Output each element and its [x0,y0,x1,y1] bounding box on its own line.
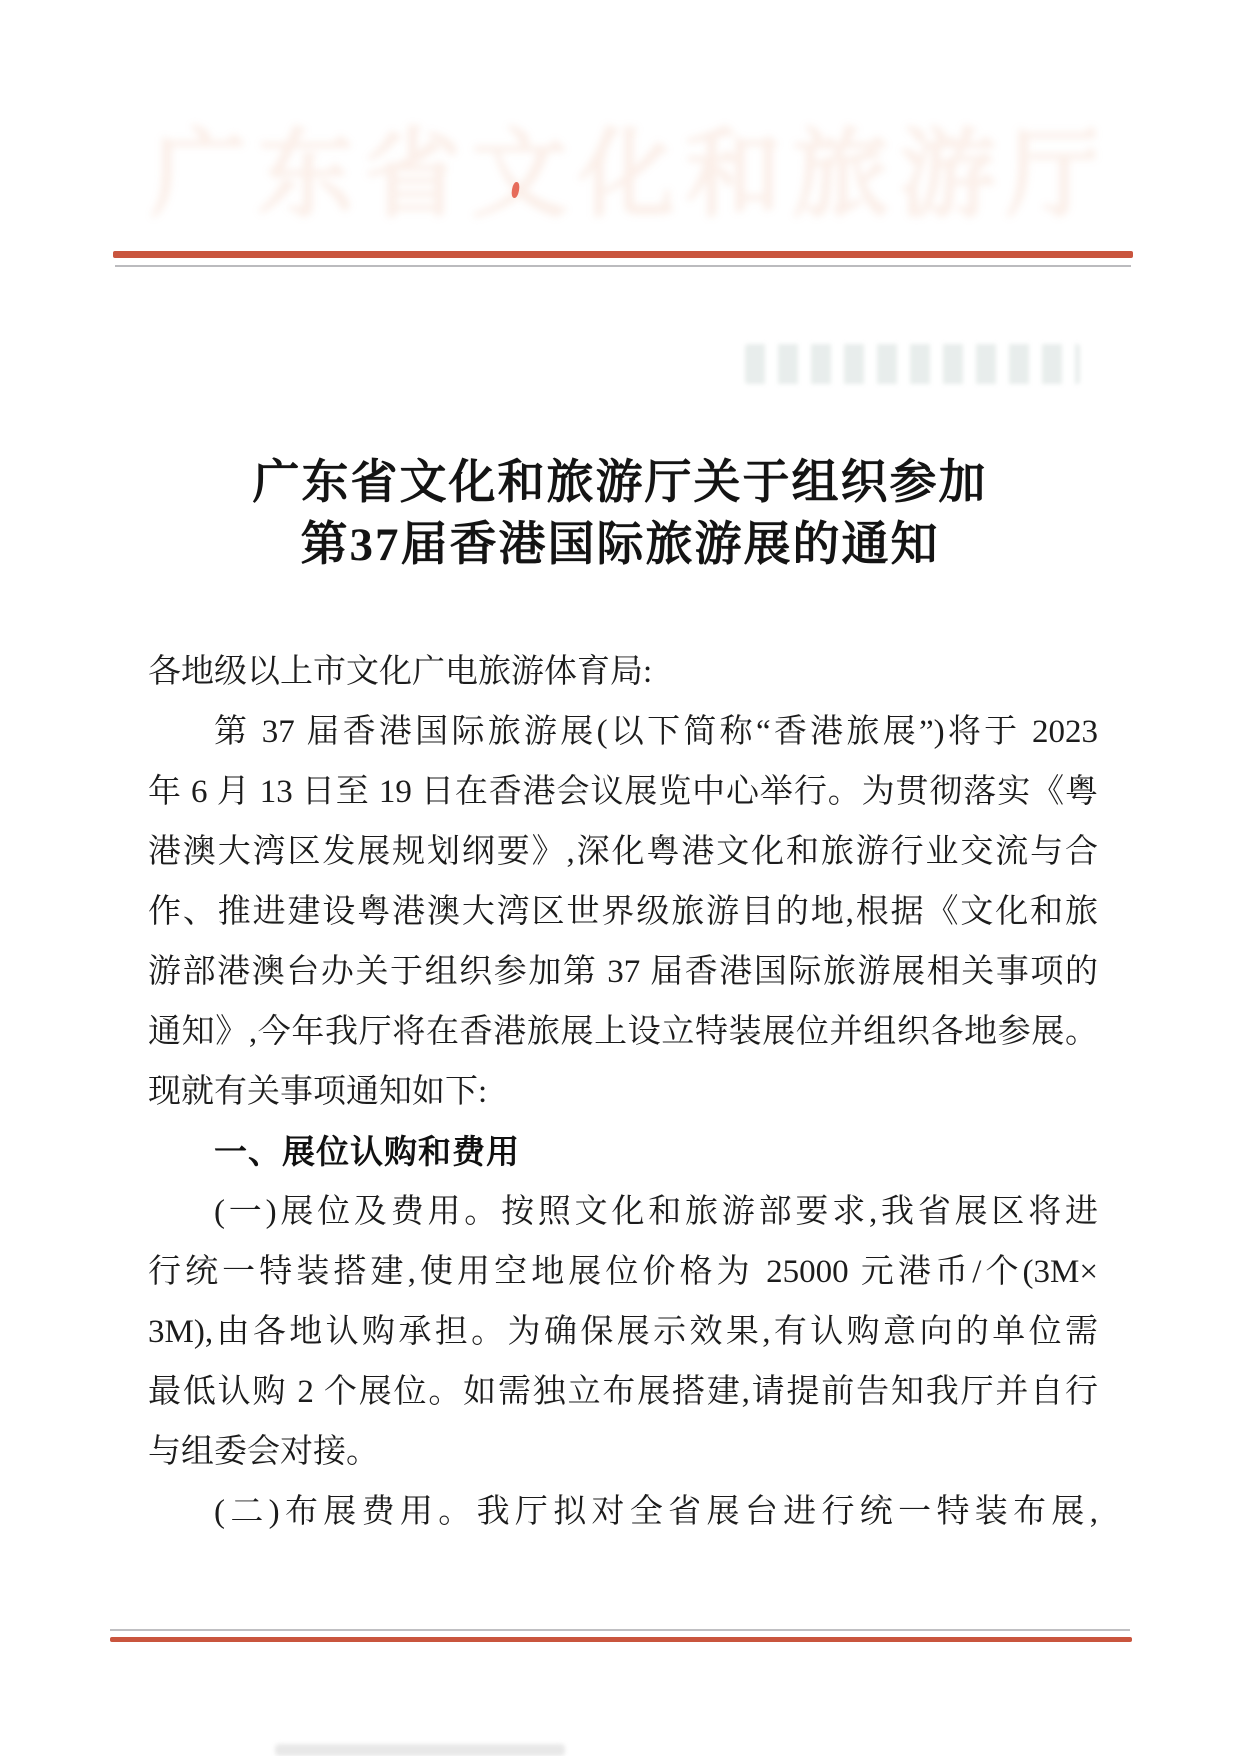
bottom-red-rule [110,1637,1132,1642]
paragraph-line: 第 37 届香港国际旅游展(以下简称“香港旅展”)将于 2023 [148,702,1098,762]
scanned-document-page: 广东省文化和旅游厅 广东省文化和旅游厅关于组织参加 第37届香港国际旅游展的通知… [0,0,1240,1756]
paragraph-line: 最低认购 2 个展位。如需独立布展搭建,请提前告知我厅并自行 [148,1362,1098,1422]
paragraph-line: 现就有关事项通知如下: [148,1062,1098,1122]
faded-stamp-mark [745,344,1080,384]
document-body: 各地级以上市文化广电旅游体育局: 第 37 届香港国际旅游展(以下简称“香港旅展… [148,642,1098,1542]
paragraph-line: 与组委会对接。 [148,1422,1098,1482]
document-title-line1: 广东省文化和旅游厅关于组织参加 [0,452,1240,514]
paragraph-line: 通知》,今年我厅将在香港旅展上设立特装展位并组织各地参展。 [148,1002,1098,1062]
faded-letterhead-text: 广东省文化和旅游厅 [150,96,1095,218]
paragraph-line: (二)布展费用。我厅拟对全省展台进行统一特装布展, [148,1482,1098,1542]
bottom-gray-rule [110,1629,1130,1631]
paragraph-line: 作、推进建设粤港澳大湾区世界级旅游目的地,根据《文化和旅 [148,882,1098,942]
paragraph-line: 年 6 月 13 日至 19 日在香港会议展览中心举行。为贯彻落实《粤 [148,762,1098,822]
document-title-line2: 第37届香港国际旅游展的通知 [0,514,1240,576]
top-red-rule [113,251,1133,258]
paragraph-line: 游部港澳台办关于组织参加第 37 届香港国际旅游展相关事项的 [148,942,1098,1002]
paragraph-line: (一)展位及费用。按照文化和旅游部要求,我省展区将进 [148,1182,1098,1242]
addressee-line: 各地级以上市文化广电旅游体育局: [148,642,1098,702]
section-heading: 一、展位认购和费用 [148,1122,1098,1182]
paragraph-line: 港澳大湾区发展规划纲要》,深化粤港文化和旅游行业交流与合 [148,822,1098,882]
top-gray-rule [115,265,1131,267]
paragraph-line: 3M),由各地认购承担。为确保展示效果,有认购意向的单位需 [148,1302,1098,1362]
paragraph-line: 行统一特装搭建,使用空地展位价格为 25000 元港币/个(3M× [148,1242,1098,1302]
footer-faded-mark [275,1744,565,1756]
document-title: 广东省文化和旅游厅关于组织参加 第37届香港国际旅游展的通知 [0,452,1240,576]
